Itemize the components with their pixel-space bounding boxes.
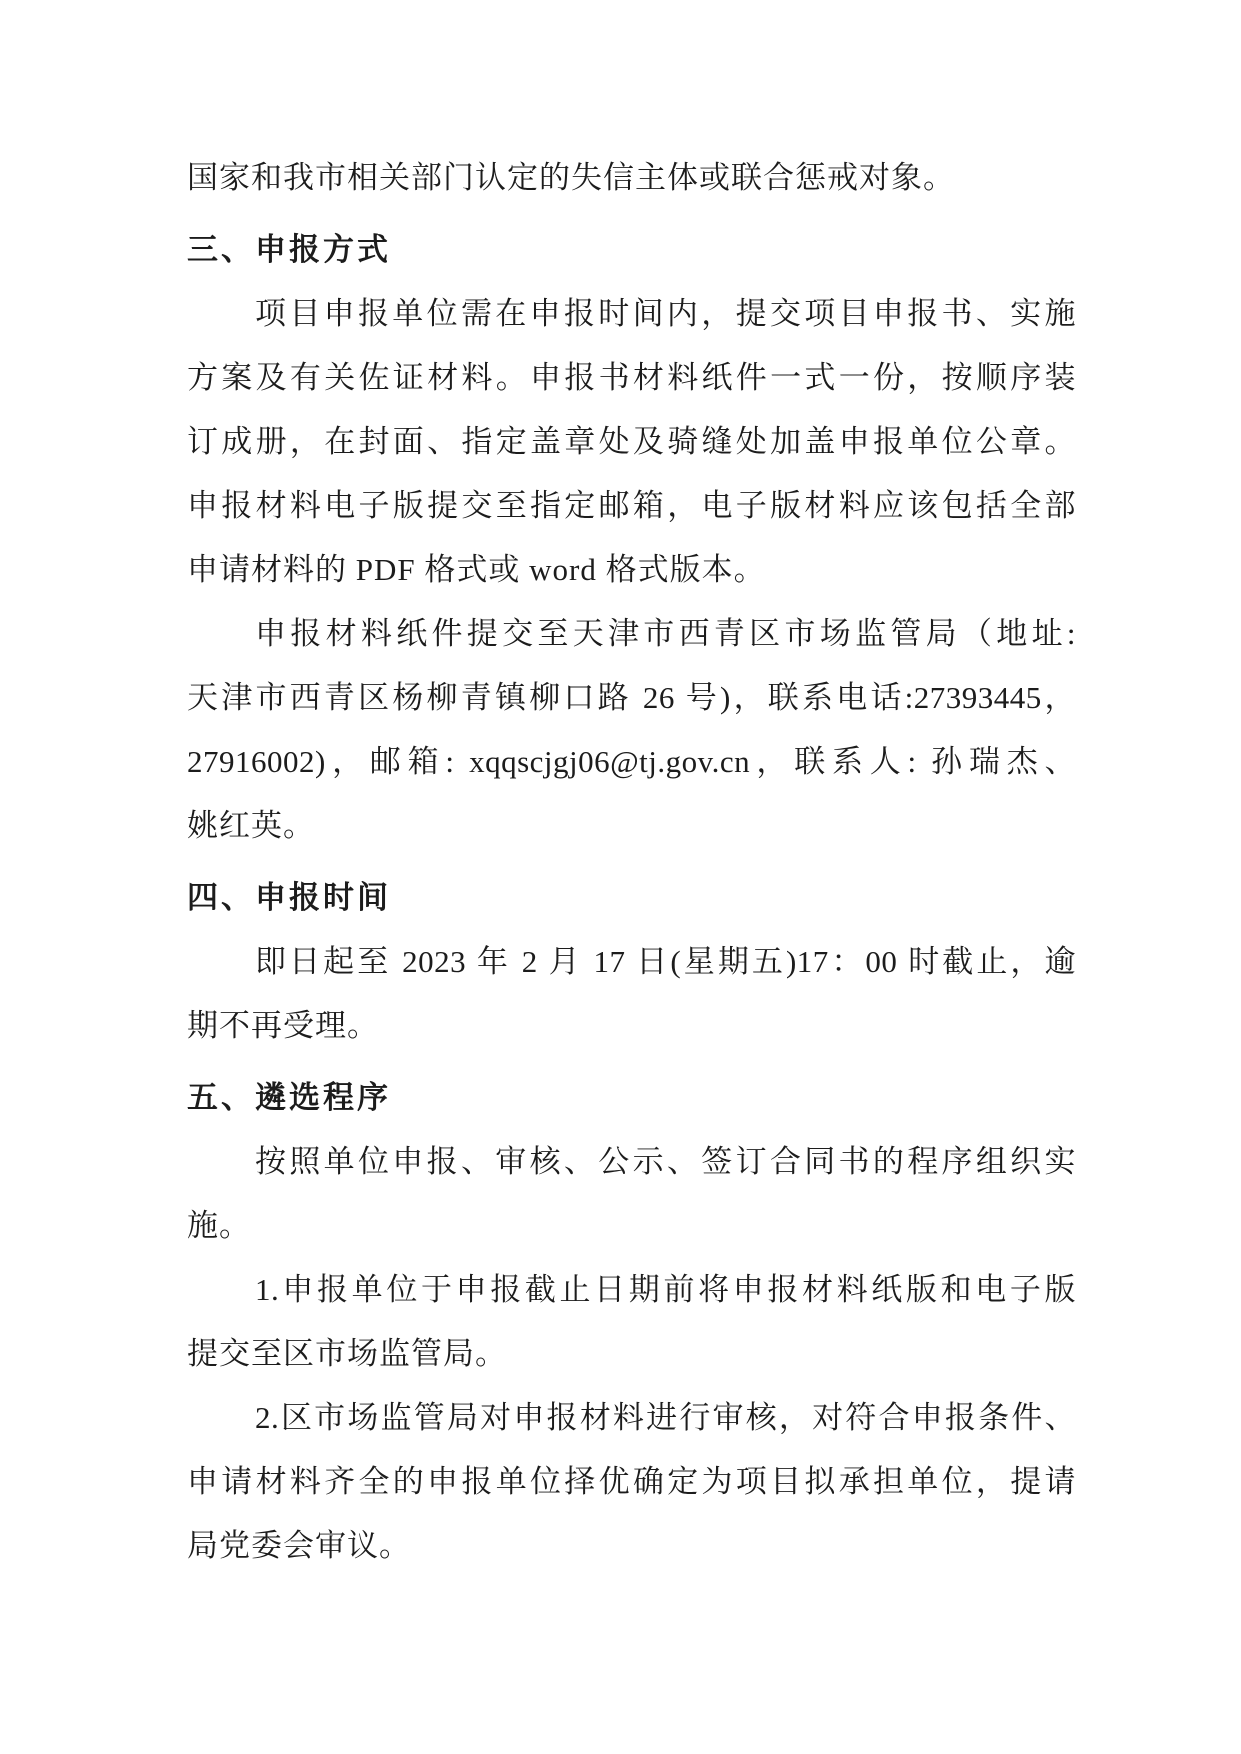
line-application-method: 订成册，在封面、指定盖章处及骑缝处加盖申报单位公章。 [187,410,1076,474]
line-application-time: 期不再受理。 [187,994,1076,1058]
line-selection-procedure: 按照单位申报、审核、公示、签订合同书的程序组织实 [187,1130,1076,1194]
heading-section-4-application-time: 四、申报时间 [187,866,1076,930]
line-submission-contact: 姚红英。 [187,794,1076,858]
line-procedure-step-2: 2.区市场监管局对申报材料进行审核，对符合申报条件、 [187,1386,1076,1450]
line-selection-procedure: 施。 [187,1194,1076,1258]
line-application-method: 申报材料电子版提交至指定邮箱，电子版材料应该包括全部 [187,474,1076,538]
heading-section-3-application-method: 三、申报方式 [187,218,1076,282]
document-page: 国家和我市相关部门认定的失信主体或联合惩戒对象。 三、申报方式 项目申报单位需在… [0,0,1241,1754]
line-application-method: 申请材料的 PDF 格式或 word 格式版本。 [187,538,1076,602]
line-application-method: 方案及有关佐证材料。申报书材料纸件一式一份，按顺序装 [187,346,1076,410]
line-submission-contact: 申报材料纸件提交至天津市西青区市场监管局（地址: [187,602,1076,666]
line-procedure-step-2: 申请材料齐全的申报单位择优确定为项目拟承担单位，提请 [187,1450,1076,1514]
line-procedure-step-2: 局党委会审议。 [187,1514,1076,1578]
line-submission-contact: 27916002)，邮箱: xqqscjgj06@tj.gov.cn，联系人: … [187,730,1076,794]
line-procedure-step-1: 1.申报单位于申报截止日期前将申报材料纸版和电子版 [187,1258,1076,1322]
line-application-method: 项目申报单位需在申报时间内，提交项目申报书、实施 [187,282,1076,346]
line-submission-contact: 天津市西青区杨柳青镇柳口路 26 号)，联系电话:27393445， [187,666,1076,730]
line-application-time: 即日起至 2023 年 2 月 17 日(星期五)17：00 时截止，逾 [187,930,1076,994]
line-carryover-paragraph: 国家和我市相关部门认定的失信主体或联合惩戒对象。 [187,146,1076,210]
line-procedure-step-1: 提交至区市场监管局。 [187,1322,1076,1386]
heading-section-5-selection-procedure: 五、遴选程序 [187,1066,1076,1130]
